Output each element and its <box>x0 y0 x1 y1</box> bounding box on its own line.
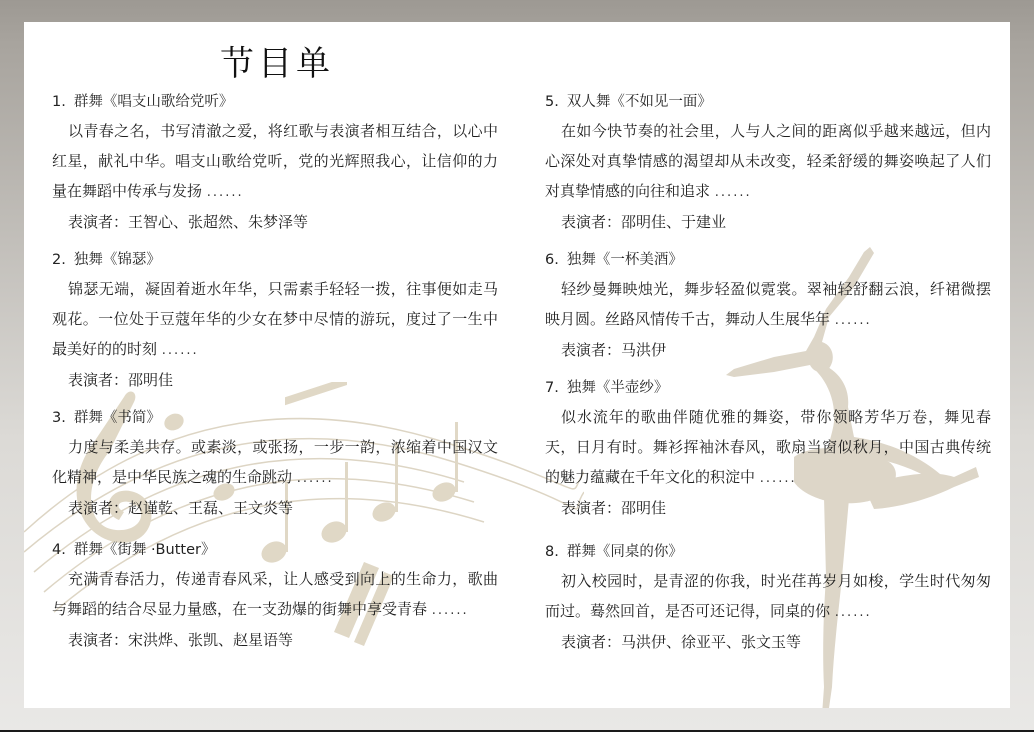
program-item: 8.群舞《同桌的你》 初入校园时，是青涩的你我，时光荏苒岁月如梭，学生时代匆匆而… <box>545 540 995 656</box>
program-number: 5. <box>545 94 559 110</box>
program-name: 《半壶纱》 <box>596 380 669 396</box>
program-number: 7. <box>545 380 559 396</box>
program-performers: 表演者：马洪伊、徐亚平、张文玉等 <box>545 628 995 656</box>
program-item: 5.双人舞《不如见一面》 在如今快节奏的社会里，人与人之间的距离似乎越来越远，但… <box>545 90 995 236</box>
program-category: 群舞 <box>74 542 103 558</box>
ellipsis: ...... <box>715 185 752 200</box>
program-column-left: 1.群舞《唱支山歌给党听》 以青春之名，书写清澈之爱，将红歌与表演者相互结合，以… <box>52 90 502 654</box>
program-category: 群舞 <box>567 544 596 560</box>
ellipsis: ...... <box>207 185 244 200</box>
program-item: 7.独舞《半壶纱》 似水流年的歌曲伴随优雅的舞姿，带你领略芳华万卷，舞见春天，日… <box>545 376 995 522</box>
program-category: 独舞 <box>567 252 596 268</box>
program-number: 8. <box>545 544 559 560</box>
program-number: 6. <box>545 252 559 268</box>
program-heading: 7.独舞《半壶纱》 <box>545 376 995 400</box>
program-name: 《同桌的你》 <box>596 544 683 560</box>
program-item: 1.群舞《唱支山歌给党听》 以青春之名，书写清澈之爱，将红歌与表演者相互结合，以… <box>52 90 502 236</box>
program-item: 2.独舞《锦瑟》 锦瑟无端，凝固着逝水年华，只需素手轻轻一拨，往事便如走马观花。… <box>52 248 502 394</box>
program-number: 2. <box>52 252 66 268</box>
program-description: 轻纱曼舞映烛光，舞步轻盈似霓裳。翠袖轻舒翻云浪，纤裙微摆映月圆。丝路风情传千古，… <box>545 274 991 336</box>
ellipsis: ...... <box>835 605 872 620</box>
program-name: 《街舞 ·Butter》 <box>103 542 216 558</box>
program-heading: 8.群舞《同桌的你》 <box>545 540 995 564</box>
ellipsis: ...... <box>432 603 469 618</box>
program-category: 独舞 <box>567 380 596 396</box>
program-heading: 2.独舞《锦瑟》 <box>52 248 502 272</box>
program-performers: 表演者：邵明佳、于建业 <box>545 208 995 236</box>
program-name: 《书简》 <box>103 410 161 426</box>
program-category: 群舞 <box>74 94 103 110</box>
program-item: 4.群舞《街舞 ·Butter》 充满青春活力，传递青春风采，让人感受到向上的生… <box>52 538 502 654</box>
program-name: 《一杯美酒》 <box>596 252 683 268</box>
program-performers: 表演者：邵明佳 <box>52 366 502 394</box>
program-description: 充满青春活力，传递青春风采，让人感受到向上的生命力，歌曲与舞蹈的结合尽显力量感，… <box>52 564 498 626</box>
program-sheet-page: 节目单 1.群舞《唱支山歌给党听》 以青春之名，书写清澈之爱，将红歌与表演者相互… <box>24 22 1010 708</box>
ellipsis: ...... <box>162 343 199 358</box>
ellipsis: ...... <box>835 313 872 328</box>
program-number: 3. <box>52 410 66 426</box>
program-performers: 表演者：赵谨乾、王磊、王文炎等 <box>52 494 502 522</box>
program-performers: 表演者：邵明佳 <box>545 494 995 522</box>
program-description: 初入校园时，是青涩的你我，时光荏苒岁月如梭，学生时代匆匆而过。蓦然回首，是否可还… <box>545 566 991 628</box>
program-category: 群舞 <box>74 410 103 426</box>
page-title: 节目单 <box>220 36 334 85</box>
ellipsis: ...... <box>760 471 797 486</box>
program-description: 在如今快节奏的社会里，人与人之间的距离似乎越来越远，但内心深处对真挚情感的渴望却… <box>545 116 991 208</box>
program-number: 4. <box>52 542 66 558</box>
program-description: 锦瑟无端，凝固着逝水年华，只需素手轻轻一拨，往事便如走马观花。一位处于豆蔻年华的… <box>52 274 498 366</box>
program-number: 1. <box>52 94 66 110</box>
program-heading: 5.双人舞《不如见一面》 <box>545 90 995 114</box>
program-item: 3.群舞《书简》 力度与柔美共存。或素淡，或张扬，一步一韵，浓缩着中国汉文化精神… <box>52 406 502 522</box>
program-performers: 表演者：王智心、张超然、朱梦泽等 <box>52 208 502 236</box>
program-description: 以青春之名，书写清澈之爱，将红歌与表演者相互结合，以心中红星，献礼中华。唱支山歌… <box>52 116 498 208</box>
program-heading: 3.群舞《书简》 <box>52 406 502 430</box>
program-name: 《锦瑟》 <box>103 252 161 268</box>
program-category: 双人舞 <box>567 94 611 110</box>
program-heading: 4.群舞《街舞 ·Butter》 <box>52 538 502 562</box>
program-description: 力度与柔美共存。或素淡，或张扬，一步一韵，浓缩着中国汉文化精神，是中华民族之魂的… <box>52 432 498 494</box>
program-category: 独舞 <box>74 252 103 268</box>
program-name: 《不如见一面》 <box>610 94 712 110</box>
program-performers: 表演者：宋洪烨、张凯、赵星语等 <box>52 626 502 654</box>
program-name: 《唱支山歌给党听》 <box>103 94 234 110</box>
program-description: 似水流年的歌曲伴随优雅的舞姿，带你领略芳华万卷，舞见春天，日月有时。舞衫挥袖沐春… <box>545 402 991 494</box>
program-performers: 表演者：马洪伊 <box>545 336 995 364</box>
ellipsis: ...... <box>297 471 334 486</box>
program-heading: 6.独舞《一杯美酒》 <box>545 248 995 272</box>
program-heading: 1.群舞《唱支山歌给党听》 <box>52 90 502 114</box>
program-column-right: 5.双人舞《不如见一面》 在如今快节奏的社会里，人与人之间的距离似乎越来越远，但… <box>545 90 995 656</box>
program-item: 6.独舞《一杯美酒》 轻纱曼舞映烛光，舞步轻盈似霓裳。翠袖轻舒翻云浪，纤裙微摆映… <box>545 248 995 364</box>
